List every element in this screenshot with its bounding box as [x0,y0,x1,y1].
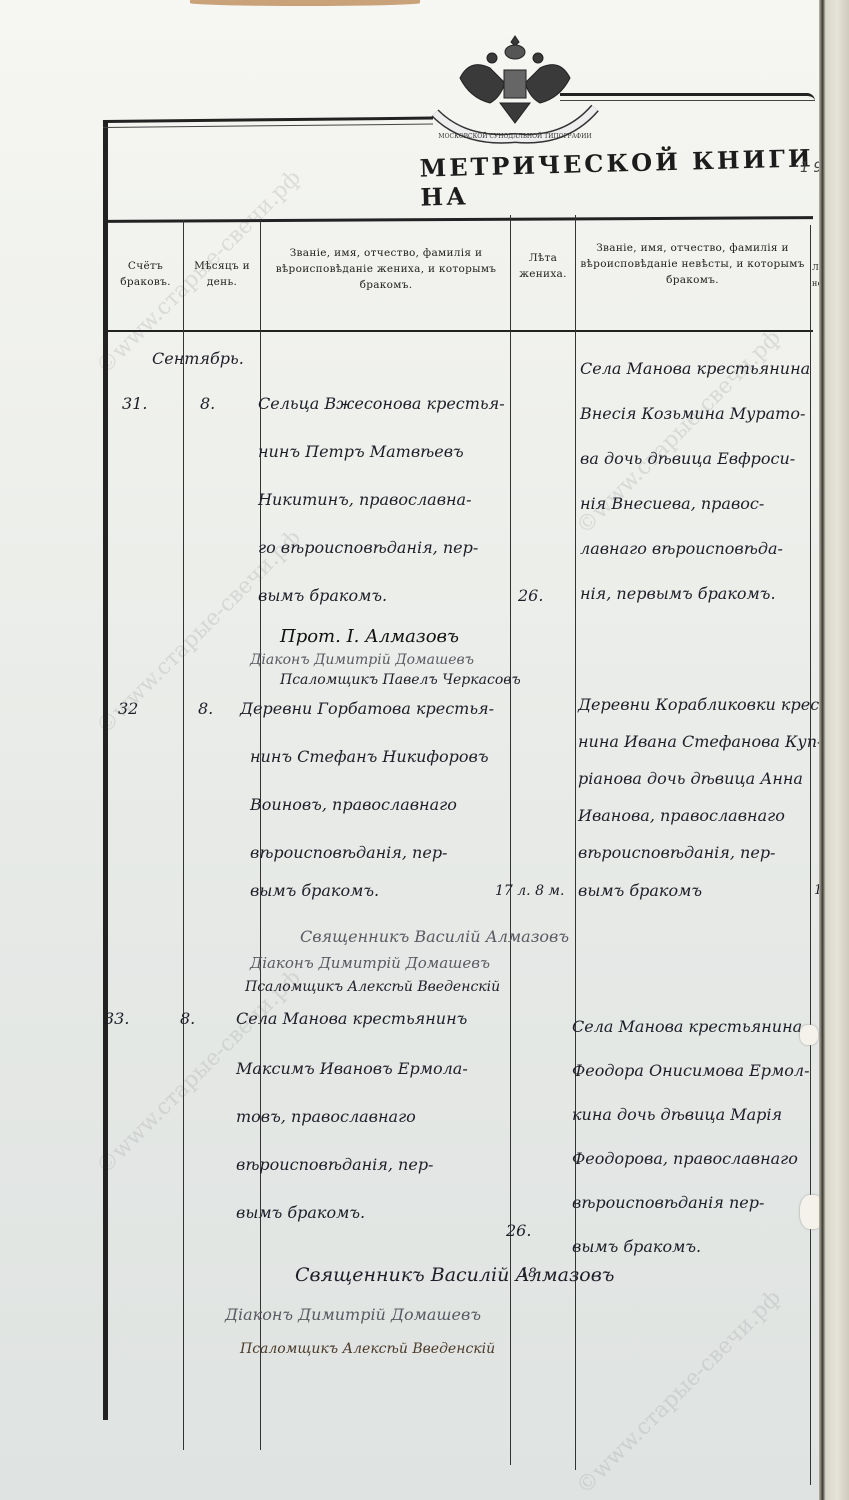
signature-deacon: Діаконъ Димитрій Домашевъ [225,1300,481,1330]
column-header-marriage-count: Счётъ браковъ. [108,258,183,290]
groom-line: вѣроисповѣданія, пер- [250,834,447,872]
groom-age: 17 л. 8 м. [495,872,565,910]
torn-paper-edge [190,0,420,6]
groom-line: вымъ бракомъ. [250,872,379,910]
record-number: 33. [104,1000,129,1038]
groom-line: го вѣроисповѣданія, пер- [258,529,478,567]
groom-line: Села Манова крестьянинъ [236,1000,467,1038]
groom-line: Воиновъ, православнаго [250,786,457,824]
bride-line: нина Ивана Стефанова Куп- [578,723,822,761]
groom-line: Сельца Вжесонова крестья- [258,385,505,423]
bride-line: ріанова дочь дѣвица Анна [578,760,803,798]
signature-psalmist: Псаломщикъ Алексѣй Введенскій [240,1335,495,1363]
record-day: 8. [180,1000,195,1038]
groom-line: вымъ бракомъ. [258,577,387,615]
bride-line: Иванова, православнаго [578,797,785,835]
groom-line: Максимъ Ивановъ Ермола- [236,1050,468,1088]
column-header-groom: Званіе, имя, отчество, фамилія и вѣроисп… [268,245,504,293]
column-header-groom-age: Лѣта жениха. [513,250,573,282]
watermark: ©www.старые-свечи.рф [572,1285,786,1499]
bride-line: Села Манова крестьянина [580,350,810,388]
groom-line: нинъ Петръ Матвѣевъ [258,433,464,471]
record-day: 8. [200,385,215,423]
bride-line: Феодора Онисимова Ермол- [572,1052,810,1090]
bride-line: вымъ бракомъ [578,872,702,910]
groom-line: вѣроисповѣданія, пер- [236,1146,433,1184]
bride-line: нія, первымъ бракомъ. [580,575,776,613]
record-number: 31. [122,385,147,423]
bride-line: Села Манова крестьянина [572,1008,802,1046]
bride-line: лавнаго вѣроисповѣда- [580,530,783,568]
bride-line: Феодорова, православнаго [572,1140,798,1178]
record-number: 32 [118,690,138,728]
header-top-rule [108,216,813,223]
groom-line: Никитинъ, православна- [258,481,471,519]
record-day: 8. [198,690,213,728]
header-bottom-rule [108,330,813,332]
book-binding [819,0,849,1500]
signature-priest: Священникъ Василій Алмазовъ [295,1256,614,1294]
page-title: МЕТРИЧЕСКОЙ КНИГИ НА [419,142,849,211]
signature-deacon: Діаконъ Димитрій Домашевъ [250,950,490,976]
bride-line: ва дочь дѣвица Евфроси- [580,440,795,478]
bride-line: нія Внесиева, правос- [580,485,764,523]
groom-age: 26. [518,577,543,615]
signature-psalmist: Псаломщикъ Алексѣй Введенскій [245,975,500,999]
groom-age: 26. [506,1212,531,1250]
paper-tear [800,1025,818,1045]
table-frame-top [103,117,433,128]
svg-text:МОСКОВСКОЙ СУНОДАЛЬНОЙ ТИПОГРА: МОСКОВСКОЙ СУНОДАЛЬНОЙ ТИПОГРАФИИ [438,132,591,140]
column-divider [810,225,811,1485]
bride-line: кина дочь дѣвица Марія [572,1096,782,1134]
month-label: Сентябрь. [152,340,244,378]
table-frame-left [103,120,108,1420]
groom-line: Деревни Горбатова крестья- [240,690,494,728]
signature-psalmist: Псаломщикъ Павелъ Черкасовъ [280,668,521,692]
column-header-month-day: Мѣсяцъ и день. [186,258,258,290]
bride-line: вѣроисповѣданія, пер- [578,834,775,872]
bride-line: Деревни Корабликовки крестья- [578,686,849,724]
bride-line: вѣроисповѣданія пер- [572,1184,764,1222]
groom-line: вымъ бракомъ. [236,1194,365,1232]
groom-line: товъ, православнаго [236,1098,416,1136]
column-divider [183,220,184,1450]
table-frame-top-right [560,93,815,101]
groom-line: нинъ Стефанъ Никифоровъ [250,738,489,776]
column-header-bride: Званіе, имя, отчество, фамилія и вѣроисп… [580,240,805,288]
bride-line: Внесія Козьмина Мурато- [580,395,805,433]
double-headed-eagle-crest-icon: МОСКОВСКОЙ СУНОДАЛЬНОЙ ТИПОГРАФИИ [430,28,600,148]
